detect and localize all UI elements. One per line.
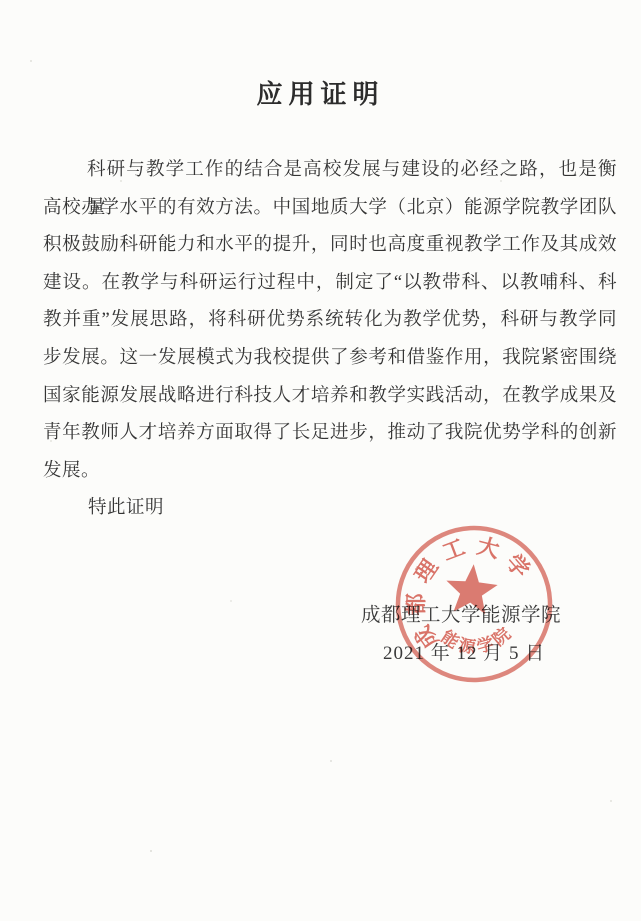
seal-arc-char: 大: [474, 533, 501, 563]
body-line: 科研与教学工作的结合是高校发展与建设的必经之路，也是衡量: [43, 152, 617, 190]
document-title: 应用证明: [0, 74, 641, 111]
seal-arc-char: 都: [403, 593, 428, 616]
body-line: 教并重”发展思路，将科研优势系统转化为教学优势，科研与教学同: [43, 302, 617, 340]
certificate-page: 应用证明 科研与教学工作的结合是高校发展与建设的必经之路，也是衡量 高校办学水平…: [0, 0, 641, 921]
seal-arc-char: 工: [439, 534, 468, 565]
body-line: 建设。在教学与科研运行过程中，制定了“以教带科、以教哺科、科: [43, 265, 617, 303]
body-line: 积极鼓励科研能力和水平的提升，同时也高度重视教学工作及其成效: [43, 227, 617, 265]
body-line: 青年教师人才培养方面取得了长足进步，推动了我院优势学科的创新: [43, 415, 617, 453]
body-line: 国家能源发展战略进行科技人才培养和教学实践活动，在教学成果及: [43, 378, 617, 416]
scan-noise-specks: [30, 60, 32, 62]
body-line: 步发展。这一发展模式为我校提供了参考和借鉴作用，我院紧密围绕: [43, 340, 617, 378]
body-line: 高校办学水平的有效方法。中国地质大学（北京）能源学院教学团队: [43, 190, 617, 228]
body-line: 发展。: [43, 453, 617, 491]
star-icon: [446, 563, 499, 616]
red-official-seal-stamp: 成都理工大学能源学院: [374, 504, 574, 704]
seal-graphic: 成都理工大学能源学院: [374, 504, 574, 704]
document-body: 科研与教学工作的结合是高校发展与建设的必经之路，也是衡量 高校办学水平的有效方法…: [43, 152, 617, 528]
